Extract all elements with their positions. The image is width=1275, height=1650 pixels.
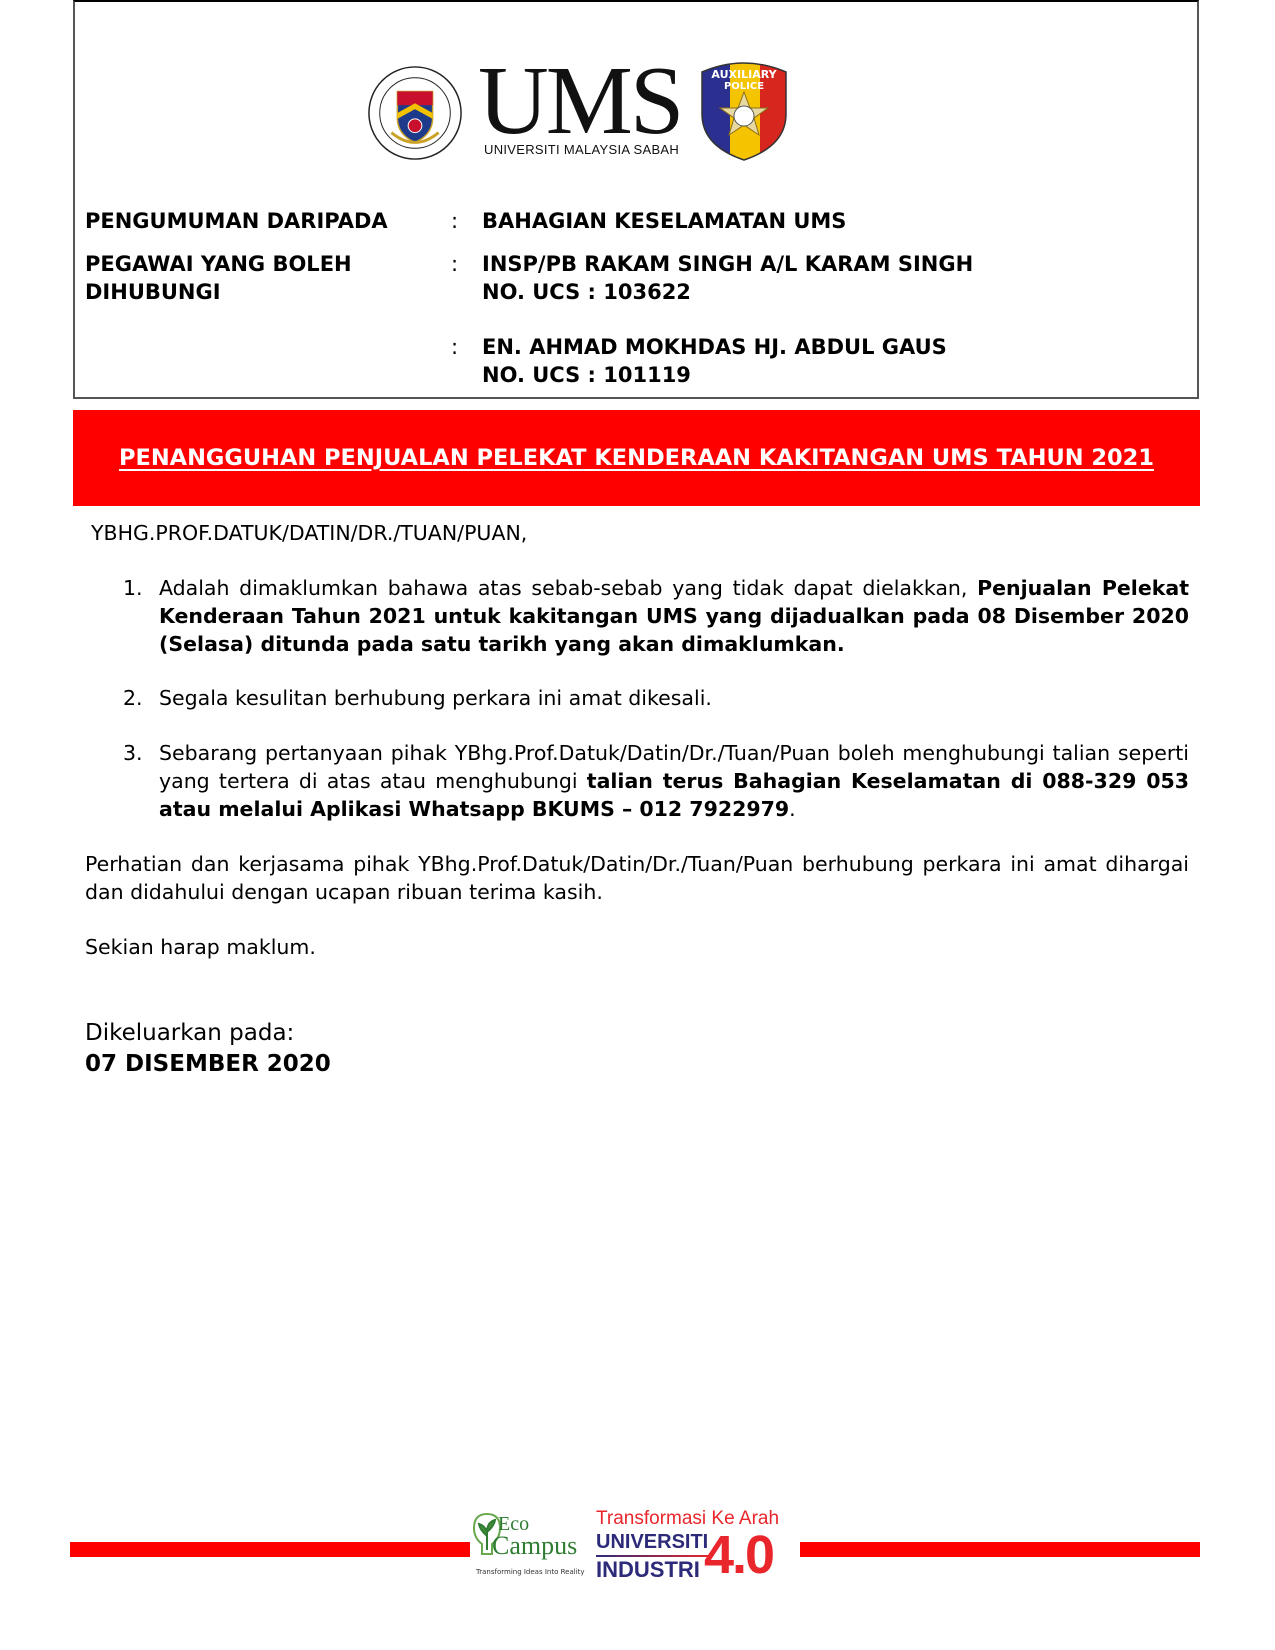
footer-bar-left (70, 1542, 470, 1557)
list-item-number: 3. (123, 739, 153, 767)
header-logos: UMS UNIVERSITI MALAYSIA SABAH AUXILIARY … (366, 58, 796, 163)
list-item-text: Adalah dimaklumkan bahawa atas sebab-seb… (159, 574, 1189, 658)
from-value: BAHAGIAN KESELAMATAN UMS (482, 207, 846, 235)
transform-version: 4.0 (704, 1526, 773, 1584)
footer-logos: Eco Campus Transforming Ideas Into Reali… (472, 1508, 802, 1598)
transform-universiti: UNIVERSITI (596, 1531, 708, 1553)
contact-1-name: INSP/PB RAKAM SINGH A/L KARAM SINGH (482, 250, 973, 278)
list-item-number: 2. (123, 684, 153, 712)
contact-1-ucs: NO. UCS : 103622 (482, 278, 691, 306)
closing-paragraph: Perhatian dan kerjasama pihak YBhg.Prof.… (85, 850, 1189, 906)
eco-campus-logo: Eco Campus Transforming Ideas Into Reali… (472, 1508, 592, 1598)
from-label: PENGUMUMAN DARIPADA (85, 207, 388, 235)
issued-date: 07 DISEMBER 2020 (85, 1049, 331, 1079)
auxiliary-police-badge-icon: AUXILIARY POLICE (698, 58, 790, 162)
contact-2-name: EN. AHMAD MOKHDAS HJ. ABDUL GAUS (482, 333, 947, 361)
svg-text:POLICE: POLICE (724, 81, 764, 92)
transform-industri: INDUSTRI (596, 1558, 700, 1582)
list-item: 1. Adalah dimaklumkan bahawa atas sebab-… (123, 574, 1189, 658)
eco-tagline: Transforming Ideas Into Reality (476, 1568, 585, 1576)
from-separator: : (451, 207, 458, 235)
list-item: 2. Segala kesulitan berhubung perkara in… (123, 684, 1189, 712)
contact-label-line2: DIHUBUNGI (85, 278, 221, 306)
list-item-text: Sebarang pertanyaan pihak YBhg.Prof.Datu… (159, 739, 1189, 823)
greeting: YBHG.PROF.DATUK/DATIN/DR./TUAN/PUAN, (91, 519, 527, 547)
contact-1-separator: : (451, 250, 458, 278)
ums-crest-icon (366, 64, 464, 162)
svg-text:AUXILIARY: AUXILIARY (711, 68, 777, 81)
campus-word: Campus (492, 1533, 577, 1559)
list-item: 3. Sebarang pertanyaan pihak YBhg.Prof.D… (123, 739, 1189, 823)
ums-wordmark-subtitle: UNIVERSITI MALAYSIA SABAH (484, 142, 679, 157)
ums-wordmark: UMS (478, 52, 681, 150)
list-item-text: Segala kesulitan berhubung perkara ini a… (159, 684, 1189, 712)
title-banner: PENANGGUHAN PENJUALAN PELEKAT KENDERAAN … (73, 410, 1200, 506)
announcement-title: PENANGGUHAN PENJUALAN PELEKAT KENDERAAN … (73, 445, 1200, 471)
contact-label-line1: PEGAWAI YANG BOLEH (85, 250, 352, 278)
footer-bar-right (800, 1542, 1200, 1557)
contact-2-separator: : (451, 333, 458, 361)
signoff: Sekian harap maklum. (85, 933, 1189, 961)
contact-2-ucs: NO. UCS : 101119 (482, 361, 691, 389)
issued-label: Dikeluarkan pada: (85, 1018, 294, 1048)
list-item-number: 1. (123, 574, 153, 602)
